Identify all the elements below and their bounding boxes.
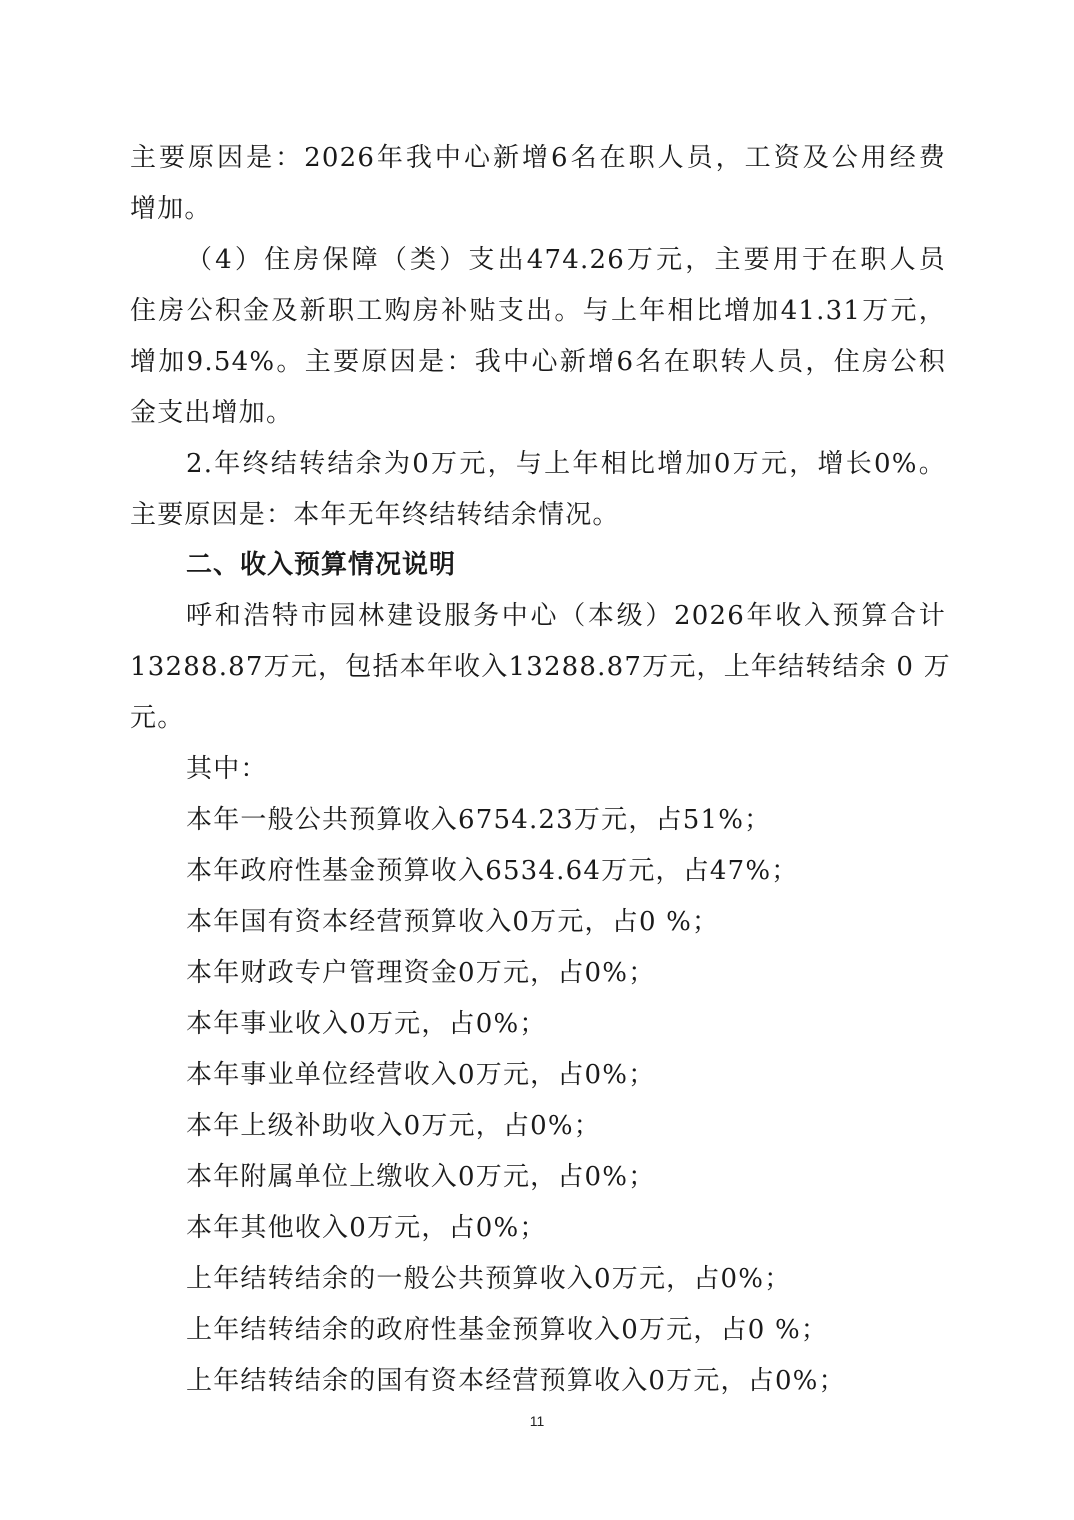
text-line: 住房公积金及新职工购房补贴支出。与上年相比增加41.31万元， bbox=[130, 295, 946, 327]
text-line: 上年结转结余的国有资本经营预算收入0万元，占0%； bbox=[186, 1365, 1002, 1397]
text-line: 本年事业收入0万元，占0%； bbox=[186, 1008, 1002, 1040]
page-number: 11 bbox=[0, 1413, 1074, 1429]
document-page: 主要原因是：2026年我中心新增6名在职人员，工资及公用经费增加。（4）住房保障… bbox=[0, 0, 1074, 1520]
text-line: 本年事业单位经营收入0万元，占0%； bbox=[186, 1059, 1002, 1091]
text-line: 2.年终结转结余为0万元，与上年相比增加0万元，增长0%。 bbox=[186, 448, 946, 480]
text-line: 增加。 bbox=[130, 193, 946, 225]
section-heading: 二、收入预算情况说明 bbox=[186, 549, 1002, 581]
text-line: 主要原因是：2026年我中心新增6名在职人员，工资及公用经费 bbox=[130, 142, 946, 174]
text-line: 本年其他收入0万元，占0%； bbox=[186, 1212, 1002, 1244]
text-line: 13288.87万元，包括本年收入13288.87万元，上年结转结余 0 万 bbox=[130, 651, 946, 683]
text-line: 增加9.54%。主要原因是：我中心新增6名在职转人员，住房公积 bbox=[130, 346, 946, 378]
text-line: 元。 bbox=[130, 702, 946, 734]
text-line: 本年政府性基金预算收入6534.64万元，占47%； bbox=[186, 855, 1002, 887]
text-line: 主要原因是：本年无年终结转结余情况。 bbox=[130, 499, 946, 531]
text-line: 上年结转结余的一般公共预算收入0万元，占0%； bbox=[186, 1263, 1002, 1295]
text-line: （4）住房保障（类）支出474.26万元，主要用于在职人员 bbox=[186, 244, 946, 276]
text-line: 上年结转结余的政府性基金预算收入0万元，占0 %； bbox=[186, 1314, 1002, 1346]
text-line: 呼和浩特市园林建设服务中心（本级）2026年收入预算合计 bbox=[186, 600, 946, 632]
text-line: 本年一般公共预算收入6754.23万元，占51%； bbox=[186, 804, 1002, 836]
text-line: 其中： bbox=[186, 753, 1002, 785]
text-line: 本年国有资本经营预算收入0万元，占0 %； bbox=[186, 906, 1002, 938]
text-line: 本年上级补助收入0万元，占0%； bbox=[186, 1110, 1002, 1142]
text-line: 金支出增加。 bbox=[130, 397, 946, 429]
text-line: 本年财政专户管理资金0万元，占0%； bbox=[186, 957, 1002, 989]
text-line: 本年附属单位上缴收入0万元，占0%； bbox=[186, 1161, 1002, 1193]
